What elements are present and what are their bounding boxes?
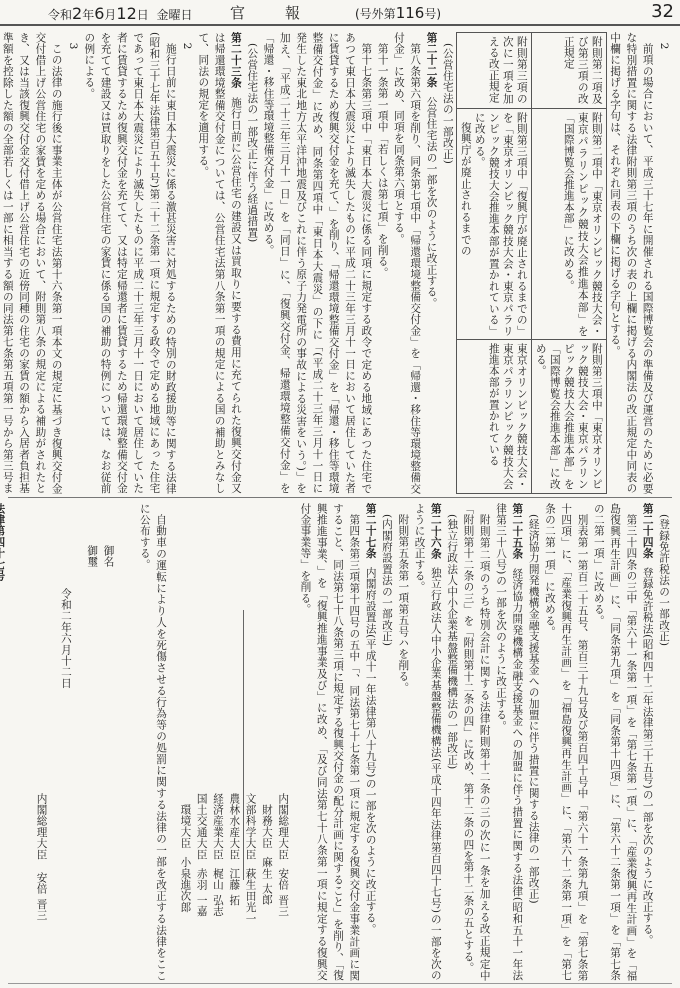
title-rule [243, 610, 244, 880]
paragraph-text: 第三十四条の三中「第六十一条第一項」を「第七条第一項」に、「産業復興再生計画」を… [591, 503, 640, 981]
article-caption: (公営住宅法の一部改正) [440, 32, 456, 494]
paragraph-text: 別表第一第百二十五号、第百三十九号及び第百四十号中「第六十一条第九項」を「第七条… [542, 503, 591, 981]
signature: 内閣総理大臣 安倍 晋三 [275, 793, 291, 981]
page-bottom-rule [8, 983, 672, 984]
table-cell: 附則第二項中「東京オリンピック競技大会・東京パラリンピック競技大会推進本部」を「… [531, 108, 606, 340]
gazette-title: 官報 [230, 2, 340, 23]
minister-signatures: 内閣総理大臣 安倍 晋三 財務大臣 麻生 太郎 文部科学大臣 萩生田光一 農林水… [177, 503, 297, 981]
paragraph-text: 第八条第六項を削り、同条第七項中「帰還環境整備交付金」を「帰還・移住等環境整備交… [391, 32, 424, 494]
issue-number: (号外第116号) [355, 4, 441, 22]
promulgation-date: 令和二年六月十二日 [58, 503, 84, 981]
paragraph-text: 附則第五条第一項第五号ハを削る。 [395, 503, 411, 981]
amendment-table: 附則第二項及び第三項の改正規定 附則第二項中「東京オリンピック競技大会・東京パラ… [456, 32, 607, 494]
table-cell: 附則第三項中「復興庁が廃止されるまでの」を「東京オリンピック競技大会・東京パラリ… [456, 108, 531, 340]
article-caption: (独立行政法人中小企業基盤整備機構法の一部改正) [444, 503, 460, 981]
paragraph-2: 2 [656, 32, 672, 494]
page-number: 32 [651, 1, 674, 22]
gazette-header: 令和2年6月12日 金曜日 官報 (号外第116号) 32 [0, 0, 680, 26]
article-25: 第二十五条 経済協力開発機構金融支援基金への加盟に伴う措置に関する法律(昭和五十… [493, 503, 526, 981]
article-23: 第二十三条 施行日前に公営住宅の建設又は買取りに要する費用に充てられた復興交付金… [195, 32, 244, 494]
section-divider [8, 497, 672, 498]
article-caption: (経済協力開発機構金融支援基金への加盟に伴う措置に関する法律の一部改正) [525, 503, 541, 981]
signature: 財務大臣 麻生 太郎 [259, 793, 275, 981]
lower-section: (登録免許税法の一部改正) 第二十四条 登録免許税法(昭和四十二年法律第三十五号… [8, 503, 672, 981]
table-cell: 附則第二項及び第三項の改正規定 [531, 33, 606, 109]
paragraph-text: 第四条第三項第十四号の五中「、同法第七十七条第一項に規定する復興交付金事業計画に… [297, 503, 362, 981]
paragraph-text: 施行日前に東日本大震災に係る激甚災害に対処するための特別の財政援助等に関する法律… [81, 32, 179, 494]
prime-minister-signature: 内閣総理大臣 安倍 晋三 [33, 503, 57, 981]
article-26: 第二十六条 独立行政法人中小企業基盤整備機構法(平成十四年法律第百四十七号)の一… [411, 503, 444, 981]
paragraph-text: この法律の施行後に事業主体が公営住宅法第十六条第一項本文の規定に基づき復興交付金… [0, 32, 65, 494]
upper-section: 2 前項の場合において、平成三十七年に開催される国際博覧会の準備及び運営のために… [8, 32, 672, 494]
article-caption: (内閣府設置法の一部改正) [379, 503, 395, 981]
paragraph-text: 第十七条第三項中「東日本大震災に係る同項に規定する政令で定める地域にあつた住宅で… [260, 32, 374, 494]
table-cell: 附則第三項の次に一項を加える改正規定 [456, 33, 531, 109]
signature: 文部科学大臣 萩生田光一 [242, 793, 258, 981]
paragraph-text: 附則第二項のうち特別会計に関する法律附則第十二条の三の次に一条を加える改正規定中… [460, 503, 493, 981]
article-caption: (登録免許税法の一部改正) [656, 503, 672, 981]
law-number: 法律第四十七号 [0, 503, 33, 981]
signature: 農林水産大臣 江藤 拓 [226, 793, 242, 981]
imperial-name: 御名 [100, 503, 136, 981]
table-row: 附則第三項の次に一項を加える改正規定 附則第三項中「復興庁が廃止されるまでの」を… [456, 33, 531, 494]
article-caption: (公営住宅法の一部改正に伴う経過措置) [244, 32, 260, 494]
signature: 国土交通大臣 赤羽 一嘉 [193, 793, 209, 981]
paragraph-number: 3 [65, 32, 81, 494]
promulgation-text: 自動車の運転により人を死傷させる行為等の処罰に関する法律の一部を改正する法律をこ… [137, 503, 178, 981]
article-27: 第二十七条 内閣府設置法(平成十一年法律第八十九号)の一部を次のように改正する。 [362, 503, 378, 981]
signature: 経済産業大臣 梶山 弘志 [210, 793, 226, 981]
imperial-seal: 御璽 [84, 503, 100, 981]
paragraph-text: 前項の場合において、平成三十七年に開催される国際博覧会の準備及び運営のために必要… [607, 32, 656, 494]
paragraph-text: 第十一条第一項中「若しくは第七項」を削る。 [374, 32, 390, 494]
signature: 環境大臣 小泉進次郎 [177, 793, 193, 981]
issue-date: 令和2年6月12日 金曜日 [48, 4, 192, 23]
article-22: 第二十二条 公営住宅法の一部を次のように改正する。 [423, 32, 439, 494]
article-24: 第二十四条 登録免許税法(昭和四十二年法律第三十五号)の一部を次のように改正する… [639, 503, 655, 981]
paragraph-number: 2 [179, 32, 195, 494]
table-cell: 東京オリンピック競技大会・東京パラリンピック競技大会推進本部が置かれている [456, 340, 531, 494]
table-cell: 附則第三項中「東京オリンピック競技大会・東京パラリンピック競技大会推進本部」を「… [531, 340, 606, 494]
table-row: 附則第二項及び第三項の改正規定 附則第二項中「東京オリンピック競技大会・東京パラ… [531, 33, 606, 494]
